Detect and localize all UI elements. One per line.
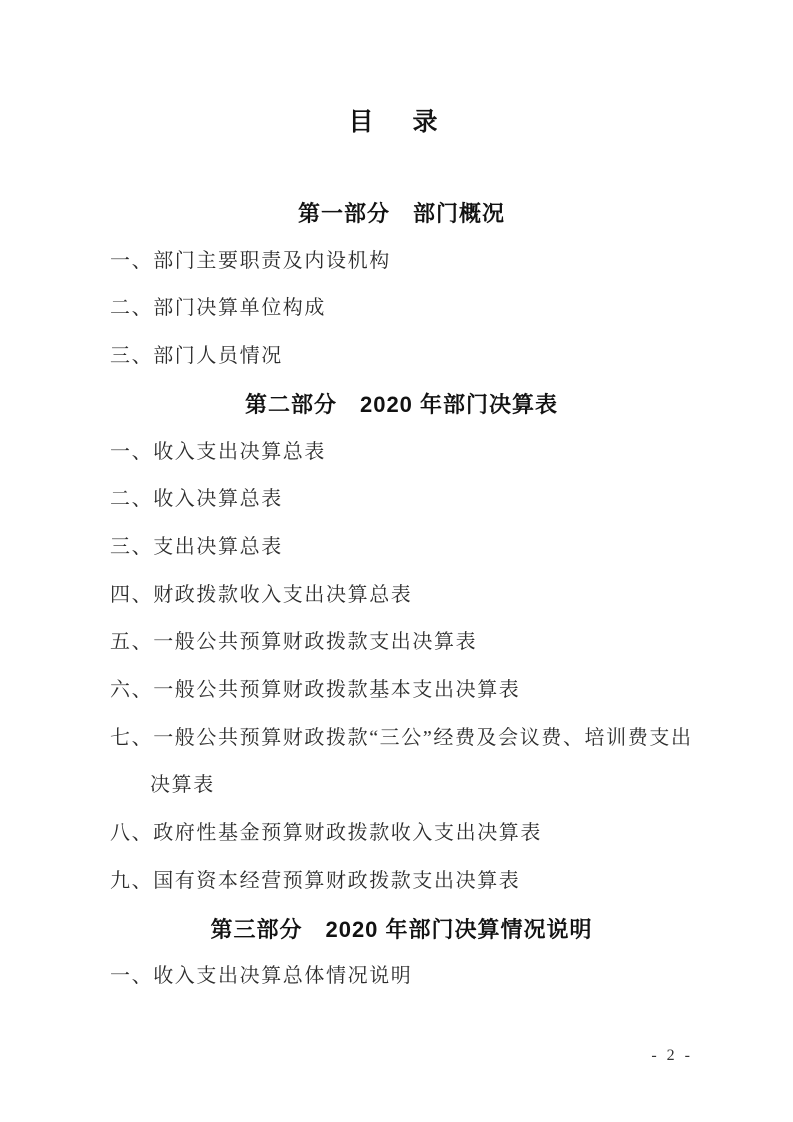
toc-item: 八、政府性基金预算财政拨款收入支出决算表 bbox=[110, 810, 693, 858]
toc-item: 九、国有资本经营预算财政拨款支出决算表 bbox=[110, 858, 693, 906]
section-items: 一、收入支出决算总体情况说明 bbox=[110, 953, 693, 1001]
toc-item: 四、财政拨款收入支出决算总表 bbox=[110, 572, 693, 620]
page-number: - 2 - bbox=[651, 1046, 693, 1066]
toc-item: 二、收入决算总表 bbox=[110, 476, 693, 524]
section-items: 一、部门主要职责及内设机构 二、部门决算单位构成 三、部门人员情况 bbox=[110, 238, 693, 381]
section-heading: 第一部分 部门概况 bbox=[110, 190, 693, 238]
toc-item: 六、一般公共预算财政拨款基本支出决算表 bbox=[110, 667, 693, 715]
toc-section: 第三部分 2020 年部门决算情况说明 一、收入支出决算总体情况说明 bbox=[110, 906, 693, 1001]
toc-item: 三、支出决算总表 bbox=[110, 524, 693, 572]
document-page: 目 录 第一部分 部门概况 一、部门主要职责及内设机构 二、部门决算单位构成 三… bbox=[0, 0, 793, 1122]
toc-item: 一、收入支出决算总表 bbox=[110, 429, 693, 477]
toc-item: 五、一般公共预算财政拨款支出决算表 bbox=[110, 619, 693, 667]
toc-item: 七、一般公共预算财政拨款“三公”经费及会议费、培训费支出决算表 bbox=[110, 715, 693, 810]
toc-item: 一、部门主要职责及内设机构 bbox=[110, 238, 693, 286]
toc-section: 第二部分 2020 年部门决算表 一、收入支出决算总表 二、收入决算总表 三、支… bbox=[110, 381, 693, 906]
section-items: 一、收入支出决算总表 二、收入决算总表 三、支出决算总表 四、财政拨款收入支出决… bbox=[110, 429, 693, 906]
toc-item: 一、收入支出决算总体情况说明 bbox=[110, 953, 693, 1001]
section-heading: 第三部分 2020 年部门决算情况说明 bbox=[110, 906, 693, 954]
toc-item: 三、部门人员情况 bbox=[110, 333, 693, 381]
toc-section: 第一部分 部门概况 一、部门主要职责及内设机构 二、部门决算单位构成 三、部门人… bbox=[110, 190, 693, 381]
section-heading: 第二部分 2020 年部门决算表 bbox=[110, 381, 693, 429]
page-title: 目 录 bbox=[0, 0, 793, 139]
toc-sections: 第一部分 部门概况 一、部门主要职责及内设机构 二、部门决算单位构成 三、部门人… bbox=[110, 190, 693, 1001]
toc-item: 二、部门决算单位构成 bbox=[110, 285, 693, 333]
